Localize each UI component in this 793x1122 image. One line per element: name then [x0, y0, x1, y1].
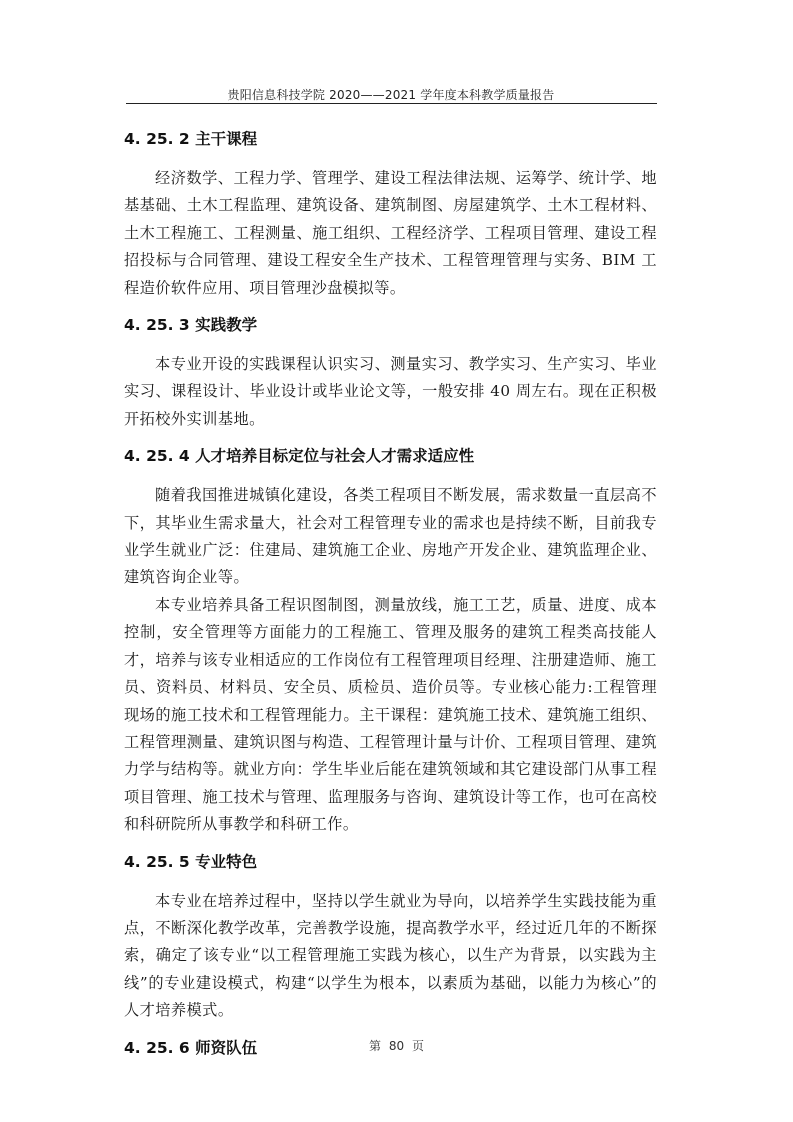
section-heading-main-courses: 4. 25. 2 主干课程: [124, 126, 657, 152]
paragraph-practice-teaching: 本专业开设的实践课程认识实习、测量实习、教学实习、生产实习、毕业实习、课程设计、…: [124, 351, 657, 433]
section-heading-talent-goals: 4. 25. 4 人才培养目标定位与社会人才需求适应性: [124, 443, 657, 469]
header-divider: [126, 103, 657, 104]
section-heading-program-features: 4. 25. 5 专业特色: [124, 849, 657, 875]
page-header: 贵阳信息科技学院 2020——2021 学年度本科教学质量报告: [126, 86, 656, 103]
page-number: 第 80 页: [0, 1037, 793, 1054]
paragraph-main-courses: 经济数学、工程力学、管理学、建设工程法律法规、运筹学、统计学、地基基础、土木工程…: [124, 165, 657, 302]
paragraph-program-features: 本专业在培养过程中，坚持以学生就业为导向，以培养学生实践技能为重点，不断深化教学…: [124, 888, 657, 1025]
paragraph-talent-demand: 随着我国推进城镇化建设，各类工程项目不断发展，需求数量一直层高不下，其毕业生需求…: [124, 482, 657, 592]
section-heading-practice-teaching: 4. 25. 3 实践教学: [124, 312, 657, 338]
paragraph-talent-training: 本专业培养具备工程识图制图，测量放线，施工工艺，质量、进度、成本控制，安全管理等…: [124, 592, 657, 839]
document-body: 4. 25. 2 主干课程 经济数学、工程力学、管理学、建设工程法律法规、运筹学…: [124, 126, 657, 1061]
